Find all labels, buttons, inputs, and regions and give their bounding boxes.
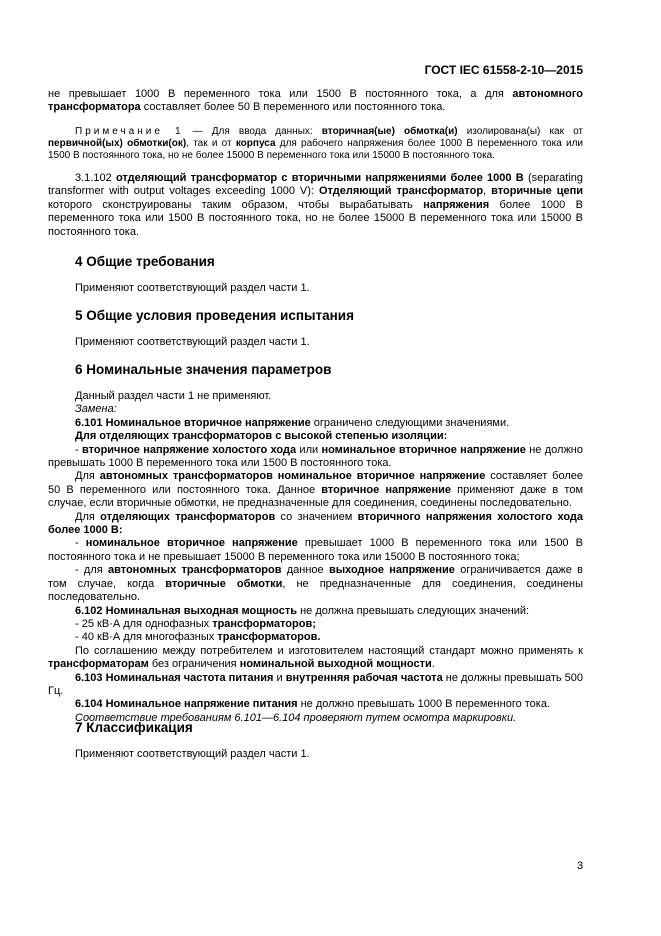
term: внутренняя рабочая частота xyxy=(286,672,443,684)
text: , так и от xyxy=(186,138,236,149)
term: автономных трансформаторов номинальное в… xyxy=(100,470,486,482)
section-7: 7 Классификация Применяют соответствующи… xyxy=(48,720,583,761)
list-item: - 25 кВ·А для однофазных трансформаторов… xyxy=(48,618,583,631)
autonomous-paragraph: Для автономных трансформаторов номинальн… xyxy=(48,470,583,510)
text: - для xyxy=(75,564,108,576)
term: 6.103 Номинальная частота питания xyxy=(75,672,273,684)
term: отделяющих трансформаторов xyxy=(100,511,275,523)
text: Для xyxy=(75,470,100,482)
section-5: 5 Общие условия проведения испытания При… xyxy=(48,308,583,349)
high-isolation-item: - вторичное напряжение холостого хода ил… xyxy=(48,444,583,471)
term: отделяющий трансформатор с вторичными на… xyxy=(116,172,524,184)
section-body: Применяют соответствующий раздел части 1… xyxy=(48,748,583,761)
term: 6.104 Номинальное напряжение питания xyxy=(75,698,298,710)
term: выходное напряжение xyxy=(329,564,455,576)
text: или xyxy=(296,444,321,456)
clause-6-104: 6.104 Номинальное напряжение питания не … xyxy=(48,698,583,711)
text: изолирована(ы) как от xyxy=(458,126,583,137)
text: ограничено следующими значениями. xyxy=(311,417,509,429)
text: со значением xyxy=(275,511,357,523)
clause-6-103: 6.103 Номинальная частота питания и внут… xyxy=(48,672,583,699)
section-6: 6 Номинальные значения параметров Данный… xyxy=(48,362,583,725)
text: - xyxy=(75,444,82,456)
document-header-id: ГОСТ IEC 61558-2-10—2015 xyxy=(425,63,583,77)
text: — Для ввода данных: xyxy=(184,126,322,137)
term: 6.102 Номинальная выходная мощность xyxy=(75,605,297,617)
term: вторичное напряжение холостого хода xyxy=(82,444,296,456)
term: напряжения xyxy=(423,199,489,211)
term: номинальное вторичное напряжение xyxy=(86,537,298,549)
clause-number: 3.1.102 xyxy=(75,172,116,184)
clause-6-102: 6.102 Номинальная выходная мощность не д… xyxy=(48,605,583,618)
text: данное xyxy=(281,564,328,576)
agreement-paragraph: По соглашению между потребителем и изгот… xyxy=(48,645,583,672)
term: Отделяющий трансформатор xyxy=(319,185,483,197)
note-1: Примечание 1 — Для ввода данных: вторичн… xyxy=(48,126,583,162)
term: номинальной выходной мощности xyxy=(240,658,432,670)
text: и xyxy=(273,672,285,684)
text: не должно превышать 1000 В переменного т… xyxy=(298,698,550,710)
text: . xyxy=(432,658,435,670)
term: 6.101 Номинальное вторичное напряжение xyxy=(75,417,311,429)
separating-paragraph: Для отделяющих трансформаторов со значен… xyxy=(48,511,583,538)
clause-6-101: 6.101 Номинальное вторичное напряжение о… xyxy=(48,417,583,430)
text: По соглашению между потребителем и изгот… xyxy=(75,645,583,657)
text: не должна превышать следующих значений: xyxy=(297,605,529,617)
text: , xyxy=(483,185,491,197)
section-body: Применяют соответствующий раздел части 1… xyxy=(48,336,583,349)
term: трансформаторов; xyxy=(212,618,316,630)
term: вторичная(ые) обмотка(и) xyxy=(322,126,458,137)
text: которого сконструированы таким образом, … xyxy=(48,199,423,211)
list-item: - 40 кВ·А для многофазных трансформаторо… xyxy=(48,631,583,644)
text: Замена: xyxy=(75,403,117,415)
not-applied-text: Данный раздел части 1 не применяют. xyxy=(48,390,583,403)
term: трансформаторам xyxy=(48,658,149,670)
section-body: Применяют соответствующий раздел части 1… xyxy=(48,282,583,295)
text: не превышает 1000 В переменного тока или… xyxy=(48,88,512,100)
definition-3-1-102: 3.1.102 отделяющий трансформатор с втори… xyxy=(48,172,583,239)
section-4: 4 Общие требования Применяют соответству… xyxy=(48,254,583,295)
text: - 25 кВ·А для однофазных xyxy=(75,618,212,630)
intro-paragraph: не превышает 1000 В переменного тока или… xyxy=(48,88,583,115)
section-heading: 4 Общие требования xyxy=(48,254,583,270)
text: составляет более 50 В переменного или по… xyxy=(141,101,446,113)
term: первичной(ых) обмотки(ок) xyxy=(48,138,186,149)
term: вторичное напряжение xyxy=(321,484,451,496)
term: корпуса xyxy=(236,138,276,149)
note-label: Примечание 1 xyxy=(75,126,184,137)
term: Для отделяющих трансформаторов с высокой… xyxy=(75,430,447,442)
text: - xyxy=(75,537,86,549)
text: без ограничения xyxy=(149,658,240,670)
list-item: - номинальное вторичное напряжение превы… xyxy=(48,537,583,564)
text: Для xyxy=(75,511,100,523)
replacement-label: Замена: xyxy=(48,403,583,416)
term: автономных трансформаторов xyxy=(108,564,282,576)
term: вторичные обмотки xyxy=(165,578,282,590)
section-heading: 5 Общие условия проведения испытания xyxy=(48,308,583,324)
list-item: - для автономных трансформаторов данное … xyxy=(48,564,583,604)
text: - 40 кВ·А для многофазных xyxy=(75,631,217,643)
term: вторичные цепи xyxy=(491,185,583,197)
term: трансформаторов. xyxy=(217,631,320,643)
term: номинальное вторичное напряжение xyxy=(321,444,525,456)
high-isolation-heading: Для отделяющих трансформаторов с высокой… xyxy=(48,430,583,443)
page-number: 3 xyxy=(577,860,583,872)
section-heading: 7 Классификация xyxy=(48,720,583,736)
section-heading: 6 Номинальные значения параметров xyxy=(48,362,583,378)
